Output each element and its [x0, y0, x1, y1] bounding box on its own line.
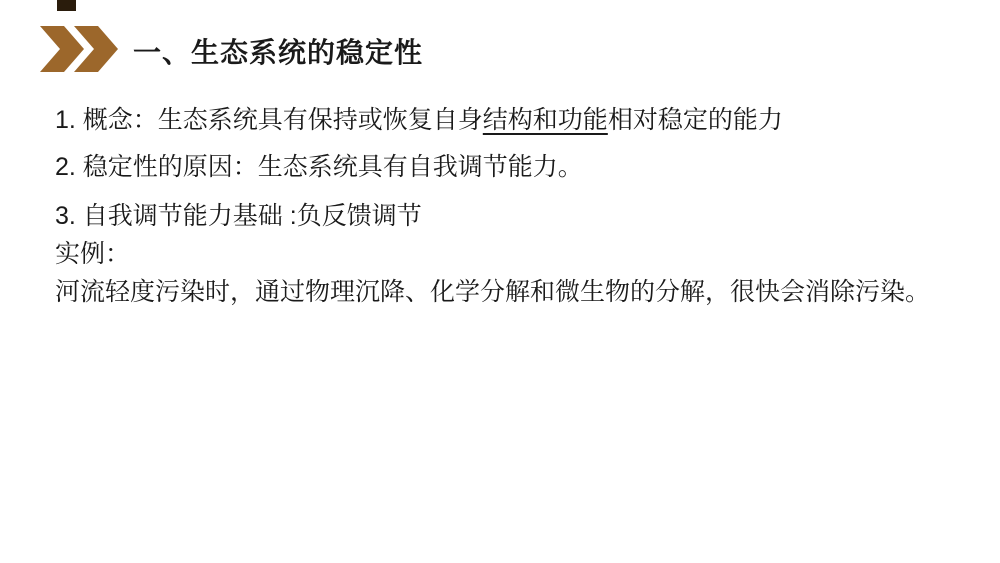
slide: 一、生态系统的稳定性 1. 概念：生态系统具有保持或恢复自身结构和功能相对稳定的…	[0, 0, 1000, 563]
self-regulation-block: 3. 自我调节能力基础 :负反馈调节 实例： 河流轻度污染时，通过物理沉降、化学…	[55, 197, 985, 311]
example-text-line: 河流轻度污染时，通过物理沉降、化学分解和微生物的分解，很快会消除污染。	[55, 273, 985, 311]
self-regulation-line: 3. 自我调节能力基础 :负反馈调节	[55, 197, 985, 235]
stability-reason-line: 2. 稳定性的原因：生态系统具有自我调节能力。	[55, 150, 985, 184]
slide-title: 一、生态系统的稳定性	[133, 31, 423, 71]
corner-square-decoration	[57, 0, 76, 11]
concept-line: 1. 概念：生态系统具有保持或恢复自身结构和功能相对稳定的能力	[55, 103, 985, 137]
underlined-phrase: 结构和功能	[483, 106, 608, 134]
double-chevron-icon	[40, 26, 118, 72]
concept-prefix: 1. 概念：生态系统具有保持或恢复自身	[55, 106, 483, 134]
example-label: 实例：	[55, 235, 985, 273]
concept-suffix: 相对稳定的能力	[608, 106, 783, 134]
